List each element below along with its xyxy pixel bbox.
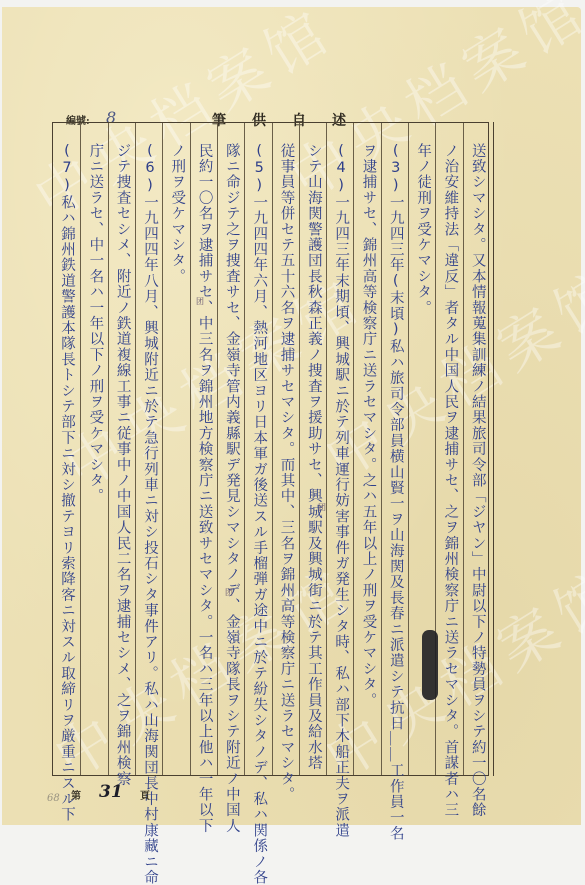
column-text: シテ山海関警護団長秋森正義ノ捜査ヲ援助サセ、興城駅及興城街ニ於テ其工作員及給水塔 <box>303 143 325 771</box>
column-text: (5)一九四四年六月、熱河地区ヨリ日本軍ガ後送スル手榴弾ガ途中ニ於テ紛失シタノデ… <box>248 143 270 825</box>
column-text: 年ノ徒刑ヲ受ケマシタ。 <box>412 143 434 316</box>
text-column: (7)私ハ錦州鉄道警護本隊長トシテ部下ニ対シ撤テヨリ索降客ニ対スル取締リヲ厳重ニ… <box>53 123 80 775</box>
pencil-note: 68 <box>47 793 60 804</box>
text-column: (6)一九四四年八月、興城附近ニ於テ急行列車ニ対シ投石シタ事件アリ。私ハ山海関団… <box>135 123 162 775</box>
page-suffix: 頁 <box>140 787 150 802</box>
column-text: 送致シマシタ。又本情報蒐集訓練ノ結果旅司令部「ジヤン」中尉以下ノ特勢員ヲシテ約一… <box>467 143 489 818</box>
column-text: (4)一九四三年末期頃、興城駅ニ於テ列車運行妨害事件ガ発生シタ時、私ハ部下木船正… <box>330 143 352 825</box>
text-column: ヲ逮捕サセ、錦州高等検察庁ニ送ラセマシタ。之ハ五年以上ノ刑ヲ受ケマシタ。 <box>353 123 380 775</box>
page-prefix: 第 <box>71 787 81 802</box>
column-text: (3)一九四三年(末頃)私ハ旅司令部員横山賢一ヲ山海関及長春ニ派遣シテ抗日＿＿工… <box>385 143 407 825</box>
column-text: ノ刑ヲ受ケマシタ。 <box>166 143 188 284</box>
stamp-mark: 团 <box>196 296 204 307</box>
column-text: ヲ逮捕サセ、錦州高等検察庁ニ送ラセマシタ。之ハ五年以上ノ刑ヲ受ケマシタ。 <box>357 143 379 708</box>
text-column: 庁ニ送ラセ、中一名ハ一年以下ノ刑ヲ受ケマシタ。 <box>80 123 107 775</box>
text-column: 民約一〇名ヲ逮捕サセ、中三名ヲ錦州地方検察庁ニ送致サセマシタ。一名ハ三年以上他ハ… <box>190 123 217 775</box>
redaction-mark <box>422 630 438 700</box>
grid-border-line <box>493 122 494 776</box>
text-column: シテ山海関警護団長秋森正義ノ捜査ヲ援助サセ、興城駅及興城街ニ於テ其工作員及給水塔 <box>299 123 326 775</box>
text-column: (4)一九四三年末期頃、興城駅ニ於テ列車運行妨害事件ガ発生シタ時、私ハ部下木船正… <box>326 123 353 775</box>
column-text: ノ治安維持法「違反」者タル中国人民ヲ逮捕サセ、之ヲ錦州検察庁ニ送ラセマシタ。首謀… <box>439 143 461 818</box>
text-column: 送致シマシタ。又本情報蒐集訓練ノ結果旅司令部「ジヤン」中尉以下ノ特勢員ヲシテ約一… <box>463 123 490 775</box>
column-text: (7)私ハ錦州鉄道警護本隊長トシテ部下ニ対シ撤テヨリ索降客ニ対スル取締リヲ厳重ニ… <box>56 143 78 823</box>
page-footer: 68 第 31 頁 <box>0 783 585 805</box>
column-text: 従事員等併セテ五十六名ヲ逮捕サセマシタ。而其中、三名ヲ錦州高等検察庁ニ送ラセマシ… <box>276 143 298 802</box>
text-column: ノ刑ヲ受ケマシタ。 <box>162 123 189 775</box>
text-column: (5)一九四四年六月、熱河地区ヨリ日本軍ガ後送スル手榴弾ガ途中ニ於テ紛失シタノデ… <box>244 123 271 775</box>
column-text: 庁ニ送ラセ、中一名ハ一年以下ノ刑ヲ受ケマシタ。 <box>84 143 106 504</box>
column-text: (6)一九四四年八月、興城附近ニ於テ急行列車ニ対シ投石シタ事件アリ。私ハ山海関団… <box>139 143 161 825</box>
text-column: 従事員等併セテ五十六名ヲ逮捕サセマシタ。而其中、三名ヲ錦州高等検察庁ニ送ラセマシ… <box>272 123 299 775</box>
column-text: 隊ニ命ジテ之ヲ捜査サセ、金嶺寺管内義縣駅デ発見シマシタノデ、金嶺寺隊長ヲシテ附近… <box>221 143 243 825</box>
text-column: ノ治安維持法「違反」者タル中国人民ヲ逮捕サセ、之ヲ錦州検察庁ニ送ラセマシタ。首謀… <box>435 123 462 775</box>
text-column: ジテ捜査セシメ、附近ノ鉄道複線工事ニ従事中ノ中国人民二名ヲ逮捕セシメ、之ヲ錦州検… <box>108 123 135 775</box>
text-column: (3)一九四三年(末頃)私ハ旅司令部員横山賢一ヲ山海関及長春ニ派遣シテ抗日＿＿工… <box>381 123 408 775</box>
column-text: ジテ捜査セシメ、附近ノ鉄道複線工事ニ従事中ノ中国人民二名ヲ逮捕セシメ、之ヲ錦州検… <box>112 143 134 787</box>
text-column: 隊ニ命ジテ之ヲ捜査サセ、金嶺寺管内義縣駅デ発見シマシタノデ、金嶺寺隊長ヲシテ附近… <box>217 123 244 775</box>
stamp-mark: 团 <box>225 587 233 598</box>
column-text: 民約一〇名ヲ逮捕サセ、中三名ヲ錦州地方検察庁ニ送致サセマシタ。一名ハ三年以上他ハ… <box>194 143 216 825</box>
page-number: 31 <box>99 782 123 802</box>
stamp-mark: 团 <box>318 502 326 513</box>
